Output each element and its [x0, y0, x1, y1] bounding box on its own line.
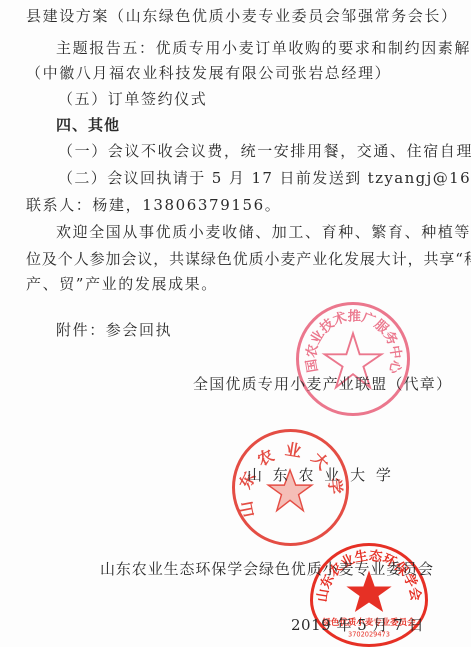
- document-date: 2019 年 5 月 7 日: [291, 616, 424, 634]
- text-line: 主题报告五：优质专用小麦订单收购的要求和制约因素解析: [56, 39, 471, 57]
- text-line: 位及个人参加会议，共谋绿色优质小麦产业化发展大计，共享“科、: [26, 250, 471, 268]
- contact-line: 联系人：杨建，13806379156。: [26, 196, 281, 214]
- signatory-eco-society: 山东农业生态环保学会绿色优质小麦专业委员会: [100, 560, 434, 578]
- official-seal-extension-center: 国农业技术推广服务中心: [296, 302, 410, 416]
- official-seal-shandong-agri-university: 山东农业大学: [232, 429, 349, 546]
- text-line: 欢迎全国从事优质小麦收储、加工、育种、繁育、种植等单: [56, 223, 471, 241]
- svg-text:国农业技术推广服务中心: 国农业技术推广服务中心: [302, 307, 405, 375]
- seal-star-icon: 山东农业大学: [235, 432, 346, 543]
- seal-star-icon: 国农业技术推广服务中心: [299, 305, 407, 413]
- attachment-label: 附件：参会回执: [56, 321, 172, 339]
- section-heading-other: 四、其他: [56, 116, 120, 134]
- text-line: 县建设方案（山东绿色优质小麦专业委员会邹强常务会长）: [26, 7, 458, 25]
- text-line: 产、贸”产业的发展成果。: [26, 275, 218, 293]
- text-line: （中徽八月福农业科技发展有限公司张岩总经理）: [26, 64, 391, 82]
- signatory-university: 山 东 农 业 大 学: [247, 466, 394, 484]
- text-line: （一）会议不收会议费，统一安排用餐，交通、住宿自理。: [58, 142, 471, 160]
- text-line: （二）会议回执请于 5 月 17 日前发送到 tzyangj@163.com,: [58, 169, 471, 187]
- signatory-alliance: 全国优质专用小麦产业联盟（代章）: [193, 375, 452, 393]
- section-heading-five: （五）订单签约仪式: [58, 90, 207, 108]
